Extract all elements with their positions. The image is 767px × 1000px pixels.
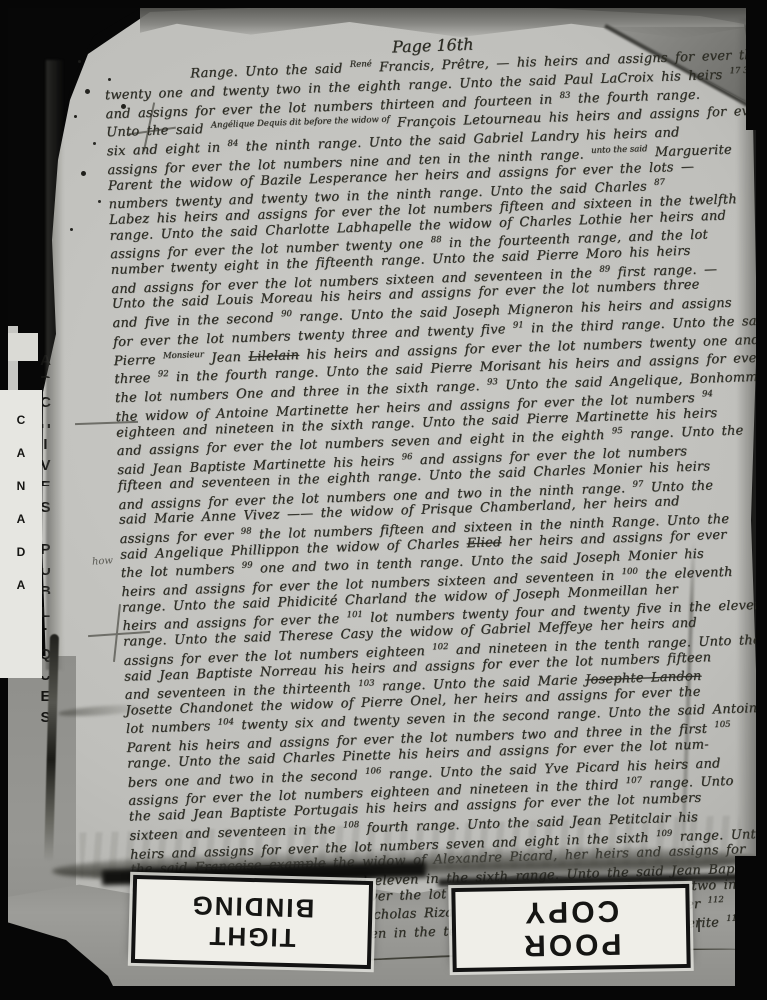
pencil-margin-note: how	[92, 555, 114, 567]
canada-letter: N	[17, 480, 26, 492]
film-frame-right	[756, 0, 767, 1000]
left-edge-shadow	[46, 60, 64, 670]
canada-letter: C	[17, 414, 26, 426]
tight-binding-stamp: TIGHT BINDING	[131, 875, 373, 969]
stamp-text-line: BINDING	[190, 890, 315, 923]
film-frame-top	[0, 0, 767, 8]
canada-letter: D	[17, 546, 26, 558]
canada-letter: A	[17, 579, 26, 591]
film-frame-right-top	[746, 0, 767, 130]
canada-letter: A	[17, 513, 26, 525]
stamp-text-line: COPY	[522, 894, 620, 929]
manuscript-text-block: Range. Unto the said René Francis, Prêtr…	[104, 44, 767, 968]
stamp-text-line: TIGHT	[207, 921, 296, 953]
canada-edge-label: CANADA	[0, 390, 42, 678]
microfilm-frame: ARCHIVES PUBLIQUES how Page 16th Range. …	[0, 0, 767, 1000]
stamp-text-line: POOR	[521, 927, 622, 962]
film-frame-right-bottom	[735, 856, 767, 1000]
canada-letter: A	[17, 447, 26, 459]
poor-copy-stamp: POOR COPY	[451, 884, 690, 972]
paper-speckles	[78, 60, 81, 63]
